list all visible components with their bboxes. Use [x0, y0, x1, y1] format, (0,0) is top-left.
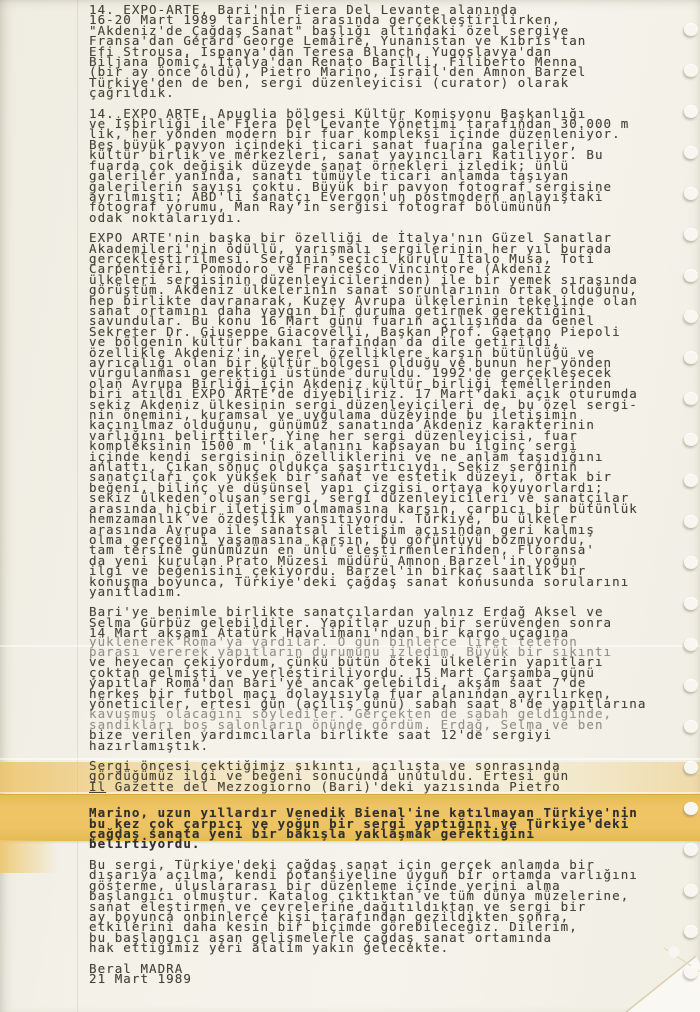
paragraph-fair-complex: 14. EXPO ARTE, Apuglia bölgesi Kültür Ko… [89, 109, 659, 223]
binding-hole [684, 228, 698, 241]
binding-hole [684, 925, 698, 938]
binding-hole [684, 720, 698, 733]
binding-hole [684, 884, 698, 897]
binding-hole [684, 105, 698, 118]
binding-hole [684, 351, 698, 364]
document-body: 14. EXPO-ARTE, Bari'nin Fiera Del Levant… [89, 5, 659, 994]
binding-hole [684, 187, 698, 200]
binding-hole [684, 392, 698, 405]
paragraph-closing: Bu sergi, Türkiye'deki çağdaş sanat için… [89, 860, 659, 954]
binding-hole [684, 515, 698, 528]
binding-hole [684, 679, 698, 692]
binding-hole [684, 802, 698, 815]
text-line: belirtiyordu. [89, 839, 659, 849]
text-line: odak noktalarıydı. [89, 213, 659, 223]
paper-crease-vertical [77, 0, 78, 1012]
binding-hole [684, 474, 698, 487]
binding-hole [684, 23, 698, 36]
binding-hole [684, 556, 698, 569]
folded-corner [580, 912, 700, 1012]
binding-hole [684, 843, 698, 856]
text-line: 21 Mart 1989 [89, 974, 659, 984]
document-page: 14. EXPO-ARTE, Bari'nin Fiera Del Levant… [0, 0, 700, 1012]
binding-hole [684, 597, 698, 610]
binding-hole [684, 638, 698, 651]
binding-hole [684, 433, 698, 446]
paragraph-mediterranean: EXPO ARTE'nin başka bir özelliği de İtal… [89, 233, 659, 597]
text-line: hazırlamıştık. [89, 741, 659, 751]
text-line: parası vererek yapıtların durumunu izled… [89, 647, 659, 657]
text-line: hak ettiğimiz yeri alalım yakın gelecekt… [89, 943, 659, 953]
binding-hole [684, 761, 698, 774]
binding-hole [684, 310, 698, 323]
text-line: sandıkları boş salonların önünde gördüm.… [89, 720, 659, 730]
paragraph-artists-journey: Bari'ye benimle birlikte sanatçılardan y… [89, 607, 659, 751]
binding-hole [684, 64, 698, 77]
tape-stain-tail [0, 840, 58, 873]
text-line: Il Gazette del Mezzogiorno (Bari)'deki y… [89, 782, 659, 792]
binding-hole [684, 146, 698, 159]
paragraph-expo-arte-intro: 14. EXPO-ARTE, Bari'nin Fiera Del Levant… [89, 5, 659, 99]
binding-hole [684, 269, 698, 282]
paragraph-press: Sergi öncesi çektiğimiz sıkıntı, açılışt… [89, 761, 659, 792]
paragraph-marino: Marino, uzun yıllardır Venedik Bienal'in… [89, 808, 659, 850]
binding-hole [684, 966, 698, 979]
signature: Beral MADRA21 Mart 1989 [89, 964, 659, 985]
